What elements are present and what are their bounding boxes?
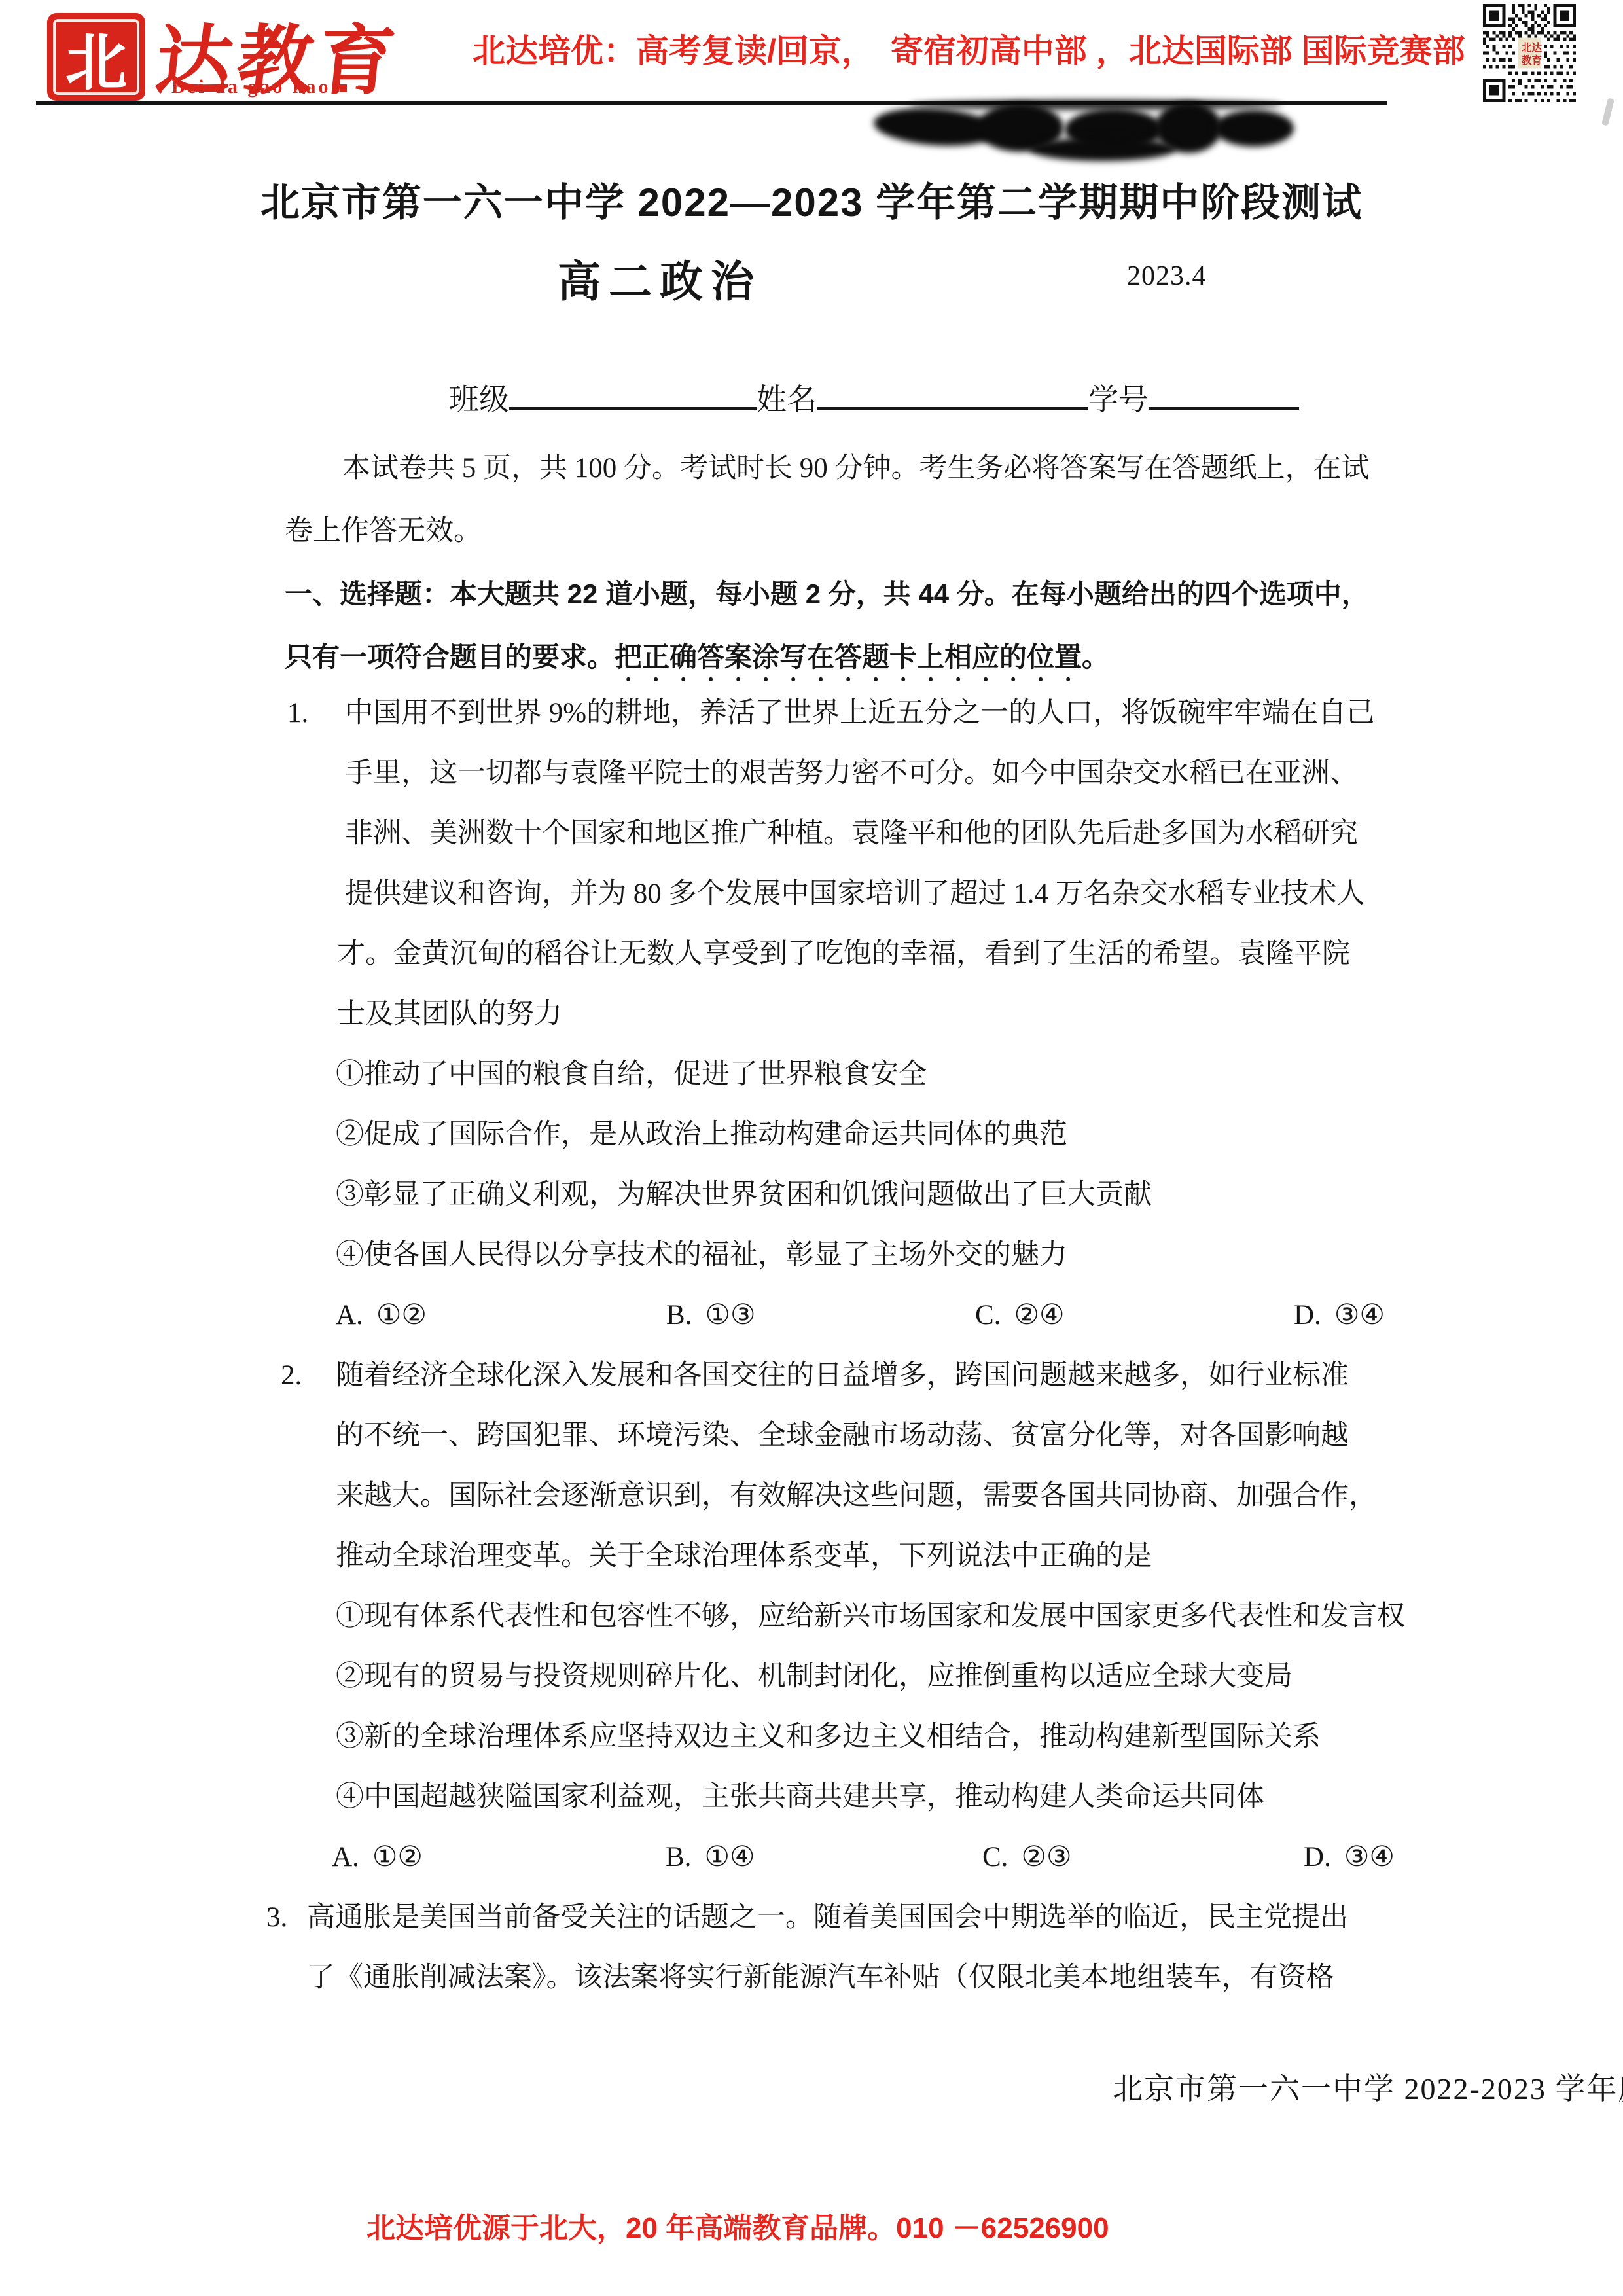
option-a: A.①②: [332, 1827, 423, 1888]
question-number: 1.: [287, 683, 308, 744]
instructions-line: 卷上作答无效。: [285, 500, 1397, 563]
question-2-line: 2.随着经济全球化深入发展和各国交往的日益增多，跨国问题越来越多，如行业标准: [285, 1346, 1397, 1406]
question-2-item: ②现有的贸易与投资规则碎片化、机制封闭化，应推倒重构以适应全球大变局: [285, 1647, 1397, 1707]
qr-center-label-1: 北达: [1522, 42, 1543, 54]
question-2-item: ①现有体系代表性和包容性不够，应给新兴市场国家和发展中国家更多代表性和发言权: [285, 1587, 1397, 1647]
question-1-line: 1.中国用不到世界 9%的耕地，养活了世界上近五分之一的人口，将饭碗牢牢端在自己: [285, 683, 1397, 744]
option-a: A.①②: [336, 1285, 427, 1346]
question-1-line: 提供建议和咨询，并为 80 多个发展中国家培训了超过 1.4 万名杂交水稻专业技…: [285, 864, 1397, 924]
option-b: B.①④: [666, 1827, 755, 1888]
question-2-line: 推动全球治理变革。关于全球治理体系变革，下列说法中正确的是: [285, 1526, 1397, 1587]
option-c: C.②④: [975, 1285, 1065, 1346]
square-bullet-icon: ■: [338, 80, 351, 97]
emphasized-phrase: 把正确答案涂写在答题卡上相应的位置。: [615, 641, 1109, 672]
exam-paper-page: 北 达教育 Bei da gao kao ■ 北达培优：高考复读/回京， 寄宿初…: [0, 0, 1623, 2296]
question-2-line: 的不统一、跨国犯罪、环境污染、全球金融市场动荡、贫富分化等，对各国影响越: [285, 1406, 1397, 1466]
question-3-line: 3.高通胀是美国当前备受关注的话题之一。随着美国国会中期选举的临近，民主党提出: [264, 1888, 1397, 1948]
seal-character: 北: [47, 13, 145, 101]
section-heading-line: 只有一项符合题目的要求。把正确答案涂写在答题卡上相应的位置。: [285, 626, 1397, 689]
question-2-item: ④中国超越狭隘国家利益观，主张共商共建共享，推动构建人类命运共同体: [285, 1767, 1397, 1827]
question-number: 2.: [281, 1346, 302, 1406]
question-list: 1.中国用不到世界 9%的耕地，养活了世界上近五分之一的人口，将饭碗牢牢端在自己…: [285, 683, 1397, 2008]
question-1-item: ③彰显了正确义利观，为解决世界贫困和饥饿问题做出了巨大贡献: [285, 1165, 1397, 1225]
class-blank: [509, 378, 757, 410]
option-d: D.③④: [1304, 1827, 1395, 1888]
exam-instructions: 本试卷共 5 页，共 100 分。考试时长 90 分钟。考生务必将答案写在答题纸…: [285, 437, 1397, 563]
option-d: D.③④: [1294, 1285, 1385, 1346]
id-label: 学号: [1088, 383, 1149, 416]
footer-page-reference: 北京市第一六一中学 2022-2023 学年度: [1113, 2068, 1623, 2110]
qr-center-label-2: 教育: [1522, 54, 1542, 67]
question-1-line: 才。金黄沉甸的稻谷让无数人享受到了吃饱的幸福，看到了生活的希望。袁隆平院: [285, 924, 1397, 984]
scan-tick-artifact: [1601, 98, 1614, 126]
brand-seal-icon: 北: [47, 13, 145, 101]
exam-date: 2023.4: [1127, 260, 1207, 292]
question-1-item: ①推动了中国的粮食自给，促进了世界粮食安全: [285, 1045, 1397, 1105]
question-2-options: A.①② B.①④ C.②③ D.③④: [285, 1827, 1397, 1888]
page-title: 北京市第一六一中学 2022—2023 学年第二学期期中阶段测试: [0, 171, 1623, 228]
question-1-options: A.①② B.①③ C.②④ D.③④: [285, 1285, 1397, 1346]
question-number: 3.: [266, 1888, 287, 1948]
question-1-line: 手里，这一切都与袁隆平院士的艰苦努力密不可分。如今中国杂交水稻已在亚洲、: [285, 744, 1397, 804]
brand-pinyin: Bei da gao kao ■: [171, 76, 351, 98]
question-1-line: 士及其团队的努力: [285, 984, 1397, 1045]
question-1-item: ④使各国人民得以分享技术的福祉，彰显了主场外交的魅力: [285, 1225, 1397, 1285]
subject-title: 高二政治: [558, 247, 762, 309]
question-1-item: ②促成了国际合作，是从政治上推动构建命运共同体的典范: [285, 1105, 1397, 1165]
option-b: B.①③: [666, 1285, 756, 1346]
scan-smudge-artifact: [874, 102, 1345, 174]
question-2-item: ③新的全球治理体系应坚持双边主义和多边主义相结合，推动构建新型国际关系: [285, 1707, 1397, 1767]
section-heading: 一、选择题：本大题共 22 道小题，每小题 2 分，共 44 分。在每小题给出的…: [285, 563, 1397, 689]
class-label: 班级: [449, 383, 509, 416]
header-slogan: 北达培优：高考复读/回京， 寄宿初高中部 ，北达国际部 国际竞赛部: [473, 25, 1465, 72]
footer-slogan: 北达培优源于北大，20 年高端教育品牌。010 －62526900: [366, 2204, 1109, 2246]
option-c: C.②③: [982, 1827, 1072, 1888]
name-blank: [817, 378, 1088, 410]
question-2-line: 来越大。国际社会逐渐意识到，有效解决这些问题，需要各国共同协商、加强合作，: [285, 1466, 1397, 1526]
question-3-line: 了《通胀削减法案》。该法案将实行新能源汽车补贴（仅限北美本地组装车，有资格: [264, 1948, 1397, 2008]
section-heading-line: 一、选择题：本大题共 22 道小题，每小题 2 分，共 44 分。在每小题给出的…: [285, 563, 1397, 626]
name-label: 姓名: [757, 383, 817, 416]
instructions-line: 本试卷共 5 页，共 100 分。考试时长 90 分钟。考生务必将答案写在答题纸…: [285, 437, 1397, 500]
question-1-line: 非洲、美洲数十个国家和地区推广种植。袁隆平和他的团队先后赴多国为水稻研究: [285, 804, 1397, 864]
qr-code-icon: 北达 教育: [1483, 4, 1576, 102]
student-info-row: 班级姓名学号: [449, 376, 1299, 419]
id-blank: [1149, 378, 1299, 410]
